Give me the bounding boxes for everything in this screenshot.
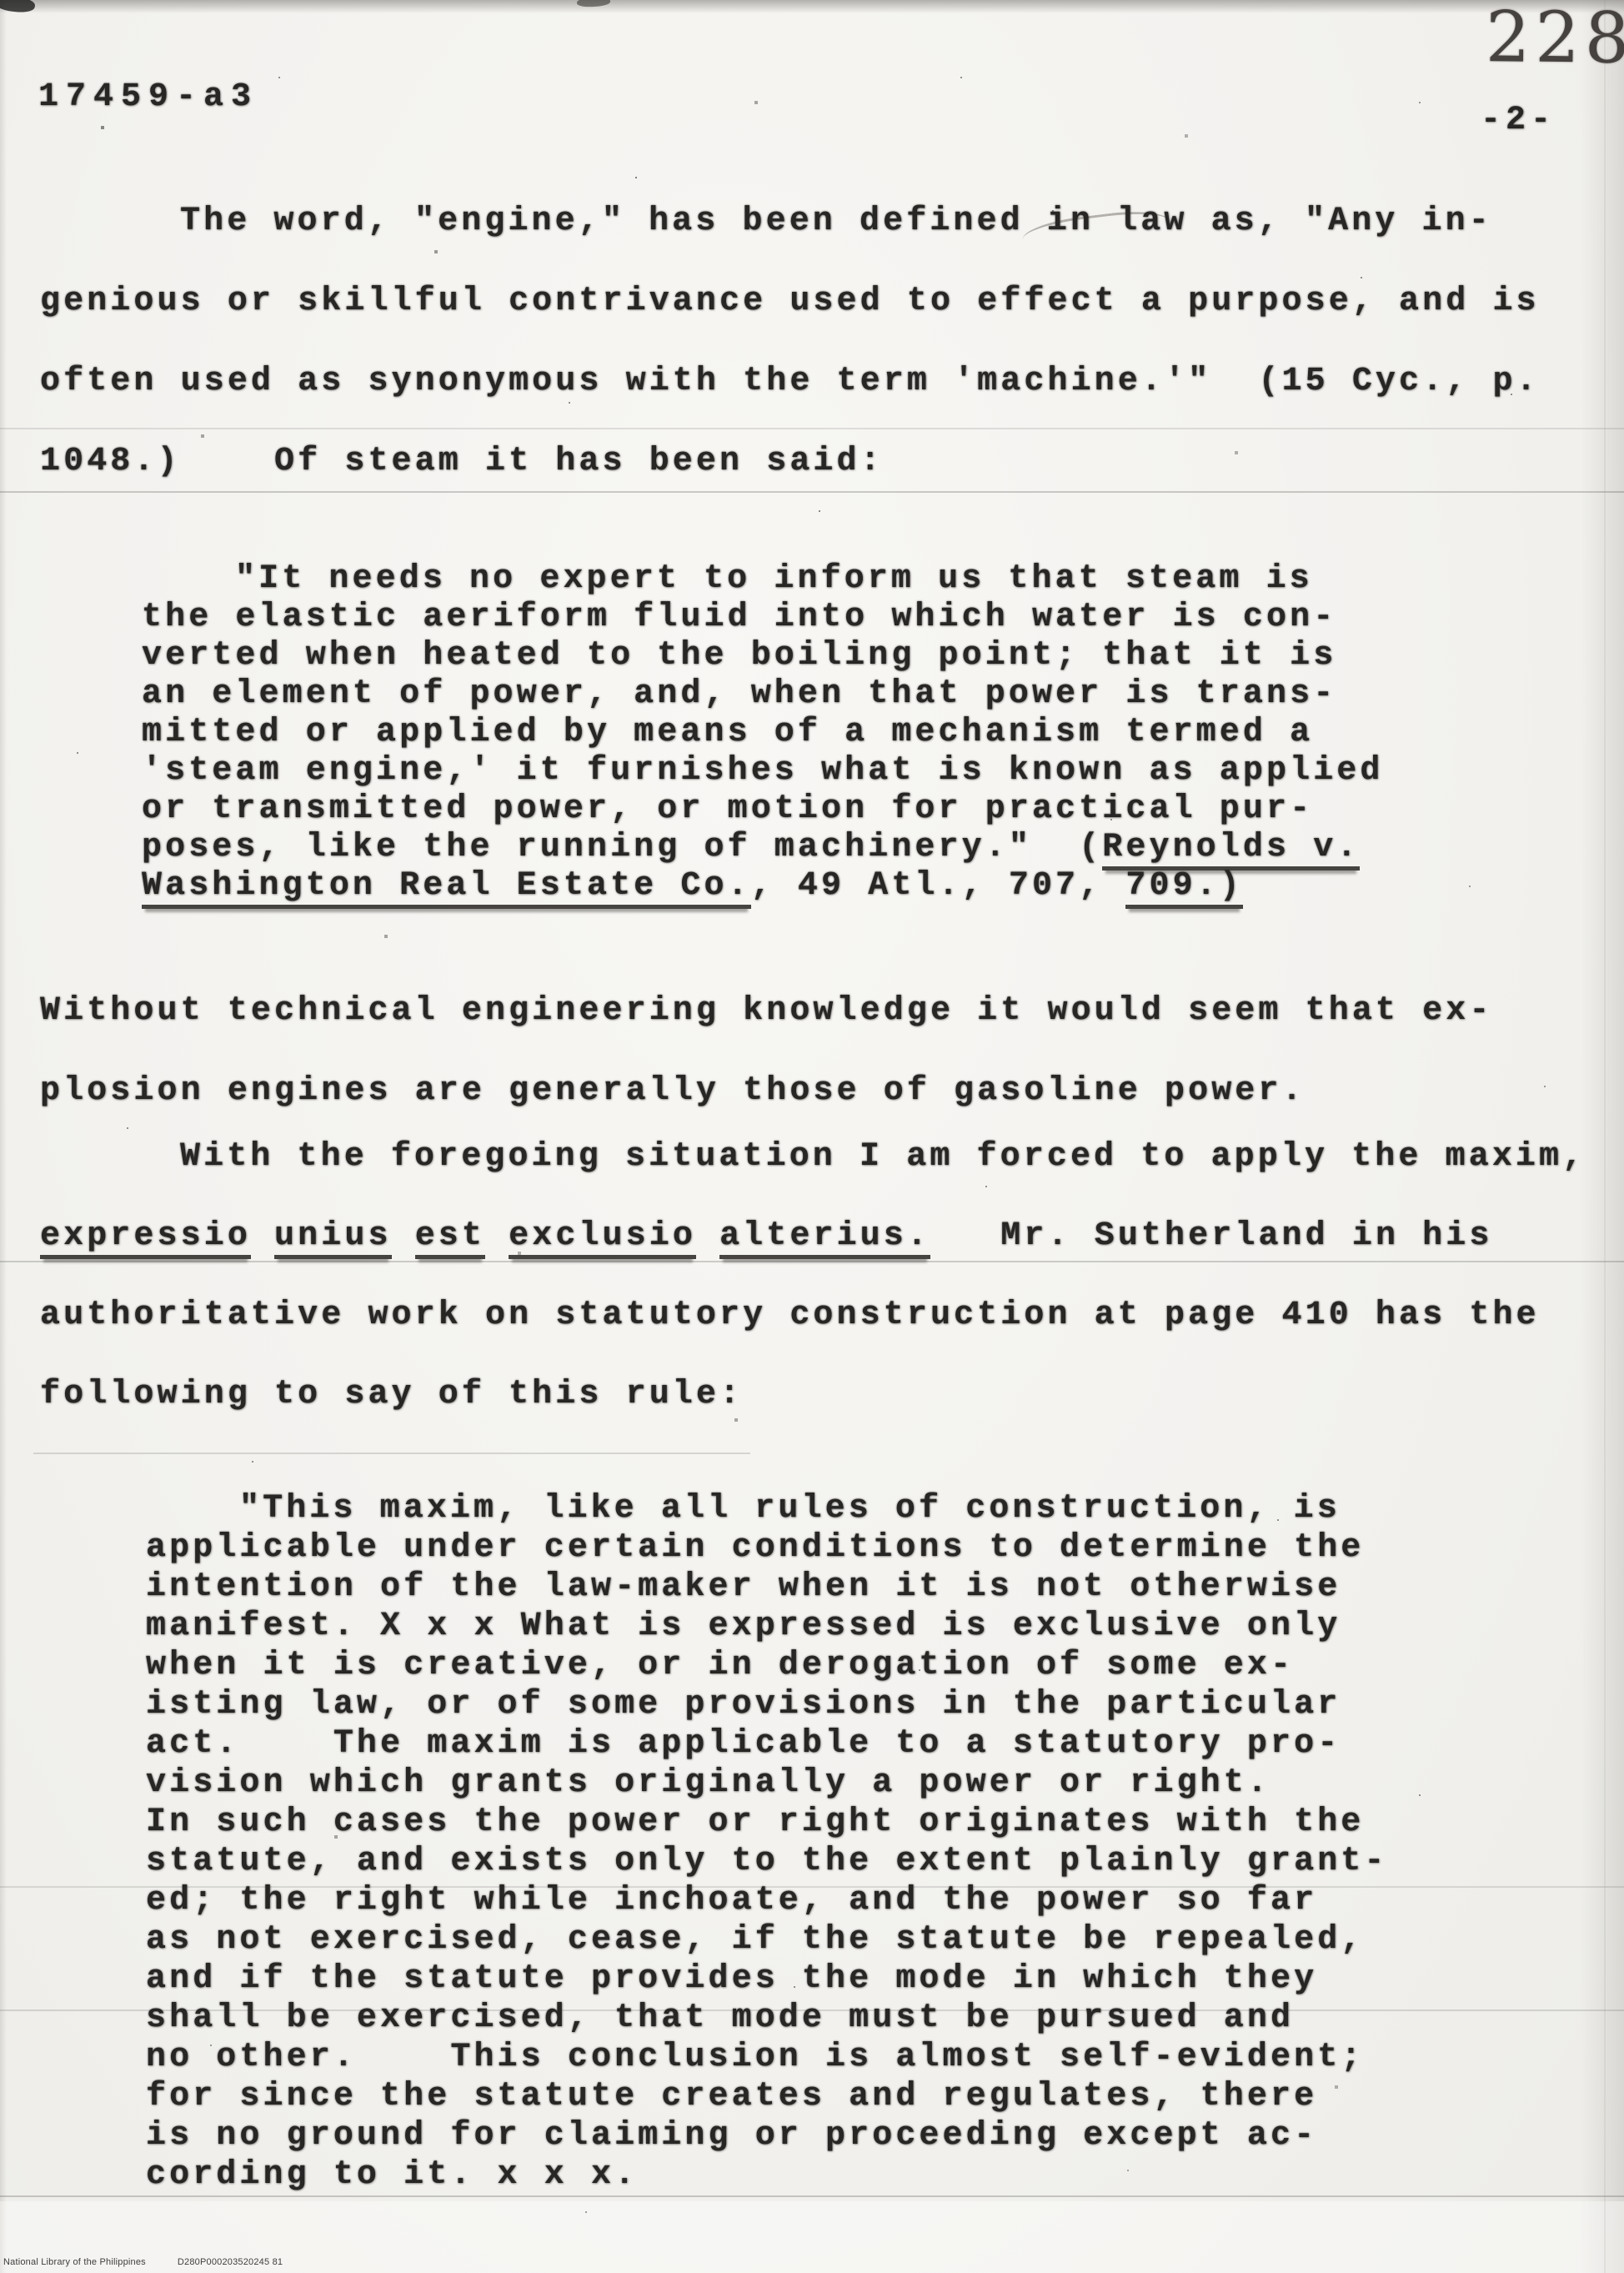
underlined-latin-word: exclusio — [509, 1217, 696, 1259]
scan-artifact-vertical-line — [1604, 0, 1606, 2273]
typed-line: when it is creative, or in derogation of… — [146, 1646, 1388, 1685]
quote-sutherland-maxim: "This maxim, like all rules of construct… — [146, 1489, 1388, 2195]
typed-line: intention of the law-maker when it is no… — [146, 1568, 1388, 1607]
typed-text: poses, like the running of machinery." ( — [142, 829, 1102, 866]
typed-line: or transmitted power, or motion for prac… — [142, 790, 1384, 829]
typed-line: The word, "engine," has been defined in … — [40, 182, 1540, 262]
underlined-case-name: Washington Real Estate Co. — [142, 867, 751, 909]
typed-line: genious or skillful contrivance used to … — [40, 262, 1540, 342]
para-engine-definition: The word, "engine," has been defined in … — [40, 182, 1540, 502]
typed-line: no other. This conclusion is almost self… — [146, 2038, 1388, 2077]
typed-line: With the foregoing situation I am forced… — [40, 1117, 1586, 1197]
typed-line: Without technical engineering knowledge … — [40, 971, 1492, 1051]
archive-code: D280P000203520245 81 — [178, 2257, 283, 2267]
underlined-latin-word: alterius. — [719, 1217, 930, 1259]
scan-artifact-line — [33, 1453, 750, 1454]
typed-line: and if the statute provides the mode in … — [146, 1959, 1388, 1999]
typed-line: 'steam engine,' it furnishes what is kno… — [142, 752, 1384, 790]
typed-line: ed; the right while inchoate, and the po… — [146, 1881, 1388, 1920]
typed-line: statute, and exists only to the extent p… — [146, 1842, 1388, 1881]
scan-artifact-line — [0, 2195, 1624, 2197]
latin-maxim-line: expressio unius est exclusio alterius. M… — [40, 1197, 1586, 1276]
typed-line: is no ground for claiming or proceeding … — [146, 2116, 1388, 2155]
typed-text: Mr. Sutherland in his — [930, 1217, 1493, 1255]
citation-reynolds-line1: poses, like the running of machinery." (… — [142, 829, 1384, 867]
typed-line: the elastic aeriform fluid into which wa… — [142, 599, 1384, 637]
typed-line: vision which grants originally a power o… — [146, 1764, 1388, 1803]
scanned-document-page: 17459-a3 228 -2- The word, "engine," has… — [0, 0, 1624, 2273]
underlined-latin-word: expressio — [40, 1217, 251, 1259]
typed-line: "This maxim, like all rules of construct… — [146, 1489, 1388, 1528]
underlined-latin-word: est — [415, 1217, 485, 1259]
para-explosion-engines: Without technical engineering knowledge … — [40, 971, 1492, 1131]
typed-line: mitted or applied by means of a mechanis… — [142, 714, 1384, 752]
typed-line: verted when heated to the boiling point;… — [142, 637, 1384, 675]
typed-line: an element of power, and, when that powe… — [142, 675, 1384, 714]
scanner-top-shadow — [0, 0, 1624, 13]
typed-line: for since the statute creates and regula… — [146, 2077, 1388, 2116]
typed-line: cording to it. x x x. — [146, 2155, 1388, 2195]
typed-line: often used as synonymous with the term '… — [40, 342, 1540, 422]
archive-watermark: National Library of the PhilippinesD280P… — [3, 2257, 283, 2267]
scanner-right-shadow — [1581, 0, 1624, 2273]
handwritten-page-stamp: 228 — [1485, 0, 1624, 79]
typed-line: authoritative work on statutory construc… — [40, 1276, 1586, 1355]
typed-line: isting law, or of some provisions in the… — [146, 1685, 1388, 1724]
typed-line: following to say of this rule: — [40, 1355, 1586, 1434]
typed-text: , 49 Atl., 707, — [751, 867, 1126, 905]
typed-line: shall be exercised, that mode must be pu… — [146, 1999, 1388, 2038]
paper-speck-cluster — [0, 0, 2, 2]
typed-line: "It needs no expert to inform us that st… — [142, 560, 1384, 599]
underlined-case-name: Reynolds v. — [1102, 829, 1360, 871]
underlined-latin-word: unius — [274, 1217, 392, 1259]
typed-line: In such cases the power or right origina… — [146, 1803, 1388, 1842]
typed-line: manifest. X x x What is expressed is exc… — [146, 1607, 1388, 1646]
typed-line: act. The maxim is applicable to a statut… — [146, 1724, 1388, 1764]
citation-reynolds-line2: Washington Real Estate Co., 49 Atl., 707… — [142, 867, 1384, 906]
library-name: National Library of the Philippines — [3, 2257, 146, 2267]
quote-steam-definition: "It needs no expert to inform us that st… — [142, 560, 1384, 906]
typed-page-number: -2- — [1481, 102, 1556, 139]
typed-line: as not exercised, cease, if the statute … — [146, 1920, 1388, 1959]
typed-line: 1048.) Of steam it has been said: — [40, 422, 1540, 502]
doc-reference-number: 17459-a3 — [38, 78, 258, 116]
underlined-citation-page: 709.) — [1125, 867, 1243, 909]
para-maxim: With the foregoing situation I am forced… — [40, 1117, 1586, 1434]
scanner-left-shadow — [0, 0, 7, 2273]
typed-line: applicable under certain conditions to d… — [146, 1528, 1388, 1568]
